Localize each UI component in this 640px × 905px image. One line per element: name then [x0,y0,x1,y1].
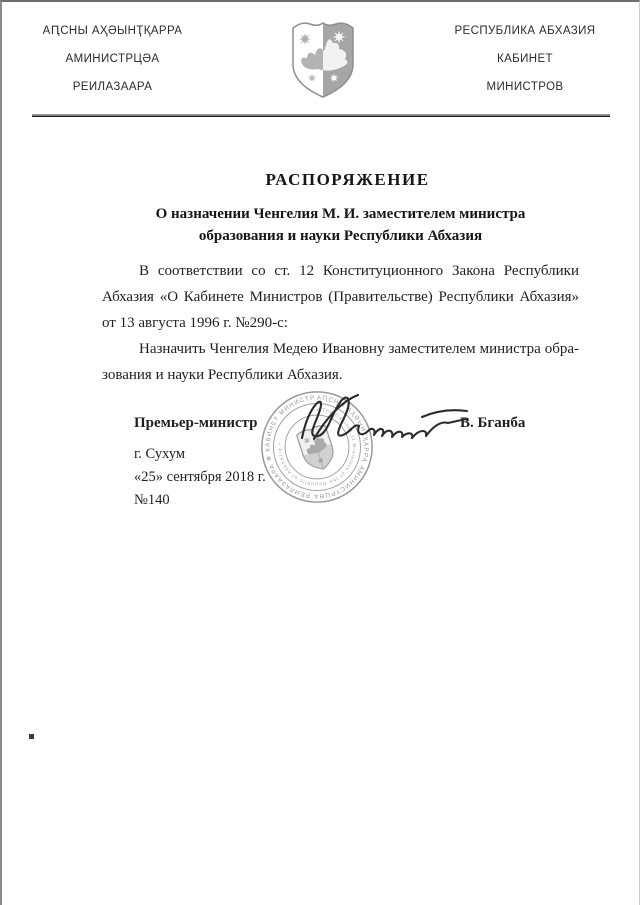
letterhead-russian: РЕСПУБЛИКА АБХАЗИЯ КАБИНЕТ МИНИСТРОВ [440,17,610,101]
letterhead-russian-line2: КАБИНЕТ [440,45,610,73]
signature-date: «25» сентября 2018 г. [134,469,266,486]
paragraph1-line3: от 13 августа 1996 г. №290-с: [102,310,579,336]
letterhead-russian-line3: МИНИСТРОВ [440,73,610,101]
letterhead-russian-line1: РЕСПУБЛИКА АБХАЗИЯ [440,17,610,45]
body-paragraph-1: В соответствии со ст. 12 Конституционног… [102,258,579,336]
letterhead-abkhaz-line1: АԤСНЫ АҲӘЫНҬҚАРРА [30,17,195,45]
document-subject-line1: О назначении Ченгелия М. И. заместителем… [46,203,635,225]
document-number: №140 [134,492,170,509]
scan-artifact-dot [29,734,34,739]
letterhead-abkhaz-line2: АМИНИСТРЦӘА [30,45,195,73]
document-subject: О назначении Ченгелия М. И. заместителем… [46,203,635,247]
document-page: АԤСНЫ АҲӘЫНҬҚАРРА АМИНИСТРЦӘА РЕИЛАЗААРА [0,0,640,905]
document-subject-line2: образования и науки Республики Абхазия [46,225,635,247]
paragraph1-line2: Абхазия «О Кабинете Министров (Правитель… [102,284,579,310]
signature-city: г. Сухум [134,446,185,463]
letterhead-abkhaz-line3: РЕИЛАЗААРА [30,73,195,101]
paragraph1-line1: В соответствии со ст. 12 Конституционног… [102,258,579,284]
header-divider [32,114,610,117]
letterhead-abkhaz: АԤСНЫ АҲӘЫНҬҚАРРА АМИНИСТРЦӘА РЕИЛАЗААРА [30,17,195,101]
paragraph2-line2: зования и науки Республики Абхазия. [102,362,579,388]
paragraph2-line1: Назначить Ченгелия Медею Ивановну замест… [102,336,579,362]
signatory-role: Премьер-министр [134,415,258,432]
handwritten-signature [294,392,472,448]
coat-of-arms-icon [290,18,356,100]
body-paragraph-2: Назначить Ченгелия Медею Ивановну замест… [102,336,579,388]
document-title: РАСПОРЯЖЕНИЕ [56,170,639,190]
